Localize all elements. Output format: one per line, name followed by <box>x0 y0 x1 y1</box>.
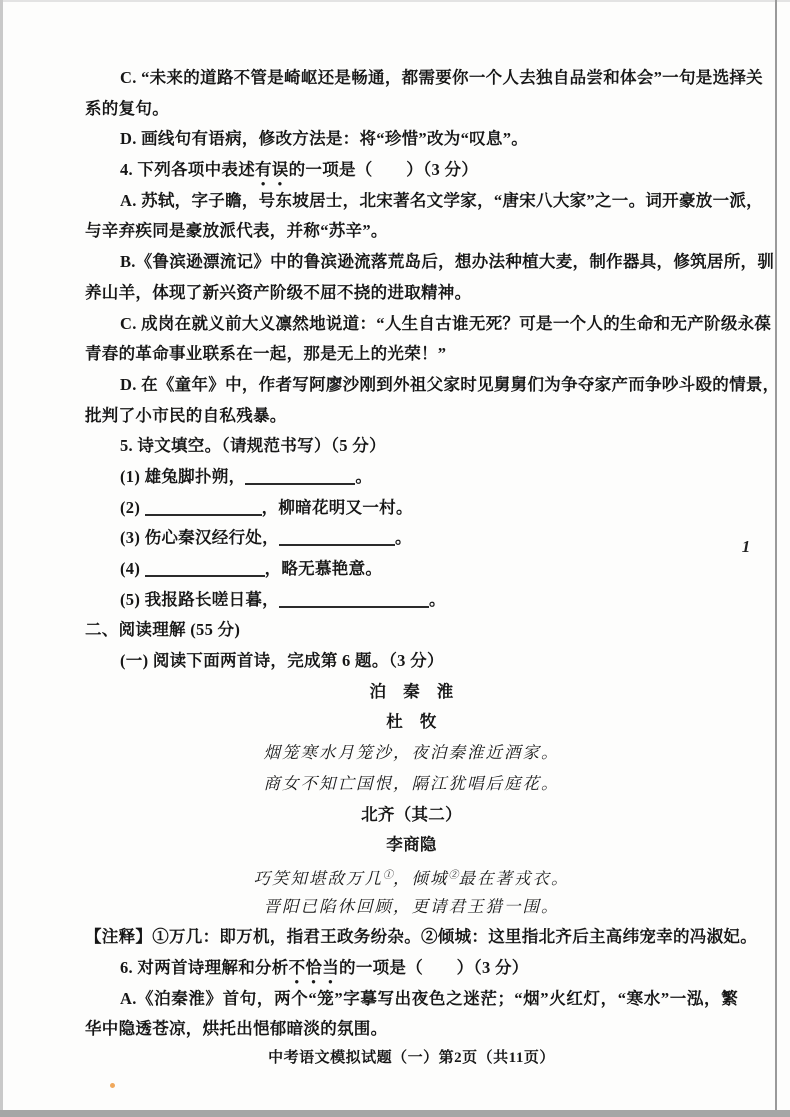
scan-edge-bottom <box>0 1110 790 1117</box>
option-c-q4-line1: C. 成岗在就义前大义凛然地说道：“人生自古谁无死？可是一个人的生命和无产阶级永… <box>85 309 738 340</box>
emphasis-dotted-text: 不恰当 <box>289 958 339 977</box>
passage-instruction: (一) 阅读下面两首诗，完成第 6 题。（3 分） <box>85 646 738 677</box>
margin-page-mark: 1 <box>736 534 756 560</box>
fill-in-blank-line <box>145 559 265 577</box>
exam-paper-page: C. “未来的道路不管是崎岖还是畅通，都需要你一个人去独自品尝和体会”一句是选择… <box>0 0 790 1117</box>
footnote: 【注释】①万几：即万机，指君王政务纷杂。②倾城：这里指北齐后主高纬宠幸的冯淑妃。 <box>85 922 738 953</box>
option-a-q6-line1: A.《泊秦淮》首句，两个“笼”字摹写出夜色之迷茫；“烟”火红灯，“寒水”一泓，繁 <box>85 984 738 1015</box>
fill-blank-1: (1) 雄兔脚扑朔，。 <box>85 462 738 493</box>
fill-blank-2: (2) ，柳暗花明又一村。 <box>85 493 738 524</box>
option-d-q3: D. 画线句有语病，修改方法是：将“珍惜”改为“叹息”。 <box>85 124 738 155</box>
emphasis-dotted-text: 有误 <box>255 160 289 179</box>
fill-in-blank-line <box>145 498 262 516</box>
scan-edge-right <box>775 0 777 1117</box>
footnote-ref-mark: ① <box>383 870 393 881</box>
question-6-stem: 6. 对两首诗理解和分析不恰当的一项是（ ）（3 分） <box>85 953 738 984</box>
option-b-q4-line1: B.《鲁滨逊漂流记》中的鲁滨逊流落荒岛后，想办法种植大麦，制作器具，修筑居所，驯 <box>85 247 738 278</box>
option-a-q4-line2: 与辛弃疾同是豪放派代表，并称“苏辛”。 <box>85 216 738 247</box>
option-d-q4-line2: 批判了小市民的自私残暴。 <box>85 401 738 432</box>
poem-2-line-1: 巧笑知堪敌万几①，倾城②最在著戎衣。 <box>85 861 738 892</box>
page-footer: 中考语文模拟试题（一）第2页（共11页） <box>85 1043 738 1073</box>
option-c-q4-line2: 青春的革命事业联系在一起，那是无上的光荣！” <box>85 339 738 370</box>
question-4-stem: 4. 下列各项中表述有误的一项是（ ）（3 分） <box>85 155 738 186</box>
poem-2-title: 北齐（其二） <box>85 800 738 831</box>
poem-2-line-2: 晋阳已陷休回顾，更请君王猎一围。 <box>85 892 738 923</box>
footnote-ref-mark: ② <box>449 870 459 881</box>
option-b-q4-line2: 养山羊，体现了新兴资产阶级不屈不挠的进取精神。 <box>85 278 738 309</box>
scan-speck <box>110 1083 115 1088</box>
section-heading: 二、阅读理解 (55 分) <box>85 615 738 646</box>
fill-blank-4: (4) ，略无慕艳意。 <box>85 554 738 585</box>
question-5-stem: 5. 诗文填空。（请规范书写）（5 分） <box>85 431 738 462</box>
poem-1-line-2: 商女不知亡国恨，隔江犹唱后庭花。 <box>85 769 738 800</box>
fill-in-blank-line <box>279 590 429 608</box>
fill-blank-5: (5) 我报路长嗟日暮，。 <box>85 585 738 616</box>
option-d-q4-line1: D. 在《童年》中，作者写阿廖沙刚到外祖父家时见舅舅们为争夺家产而争吵斗殴的情景… <box>85 370 738 401</box>
fill-blank-3: (3) 伤心秦汉经行处，。 <box>85 523 738 554</box>
fill-in-blank-line <box>279 529 395 547</box>
poem-1-line-1: 烟笼寒水月笼沙，夜泊秦淮近酒家。 <box>85 738 738 769</box>
scan-edge-top <box>0 0 790 2</box>
document-lines: C. “未来的道路不管是崎岖还是畅通，都需要你一个人去独自品尝和体会”一句是选择… <box>85 63 738 1045</box>
scan-edge-left <box>0 0 3 1117</box>
option-c-q3-line1: C. “未来的道路不管是崎岖还是畅通，都需要你一个人去独自品尝和体会”一句是选择… <box>85 63 738 94</box>
option-a-q6-line2: 华中隐透苍凉，烘托出悒郁暗淡的氛围。 <box>85 1014 738 1045</box>
fill-in-blank-line <box>245 467 355 485</box>
poem-2-author: 李商隐 <box>85 830 738 861</box>
poem-1-author: 杜 牧 <box>85 707 738 738</box>
option-c-q3-line2: 系的复句。 <box>85 94 738 125</box>
option-a-q4-line1: A. 苏轼，字子瞻，号东坡居士，北宋著名文学家，“唐宋八大家”之一。词开豪放一派… <box>85 186 738 217</box>
poem-1-title: 泊 秦 淮 <box>85 677 738 708</box>
